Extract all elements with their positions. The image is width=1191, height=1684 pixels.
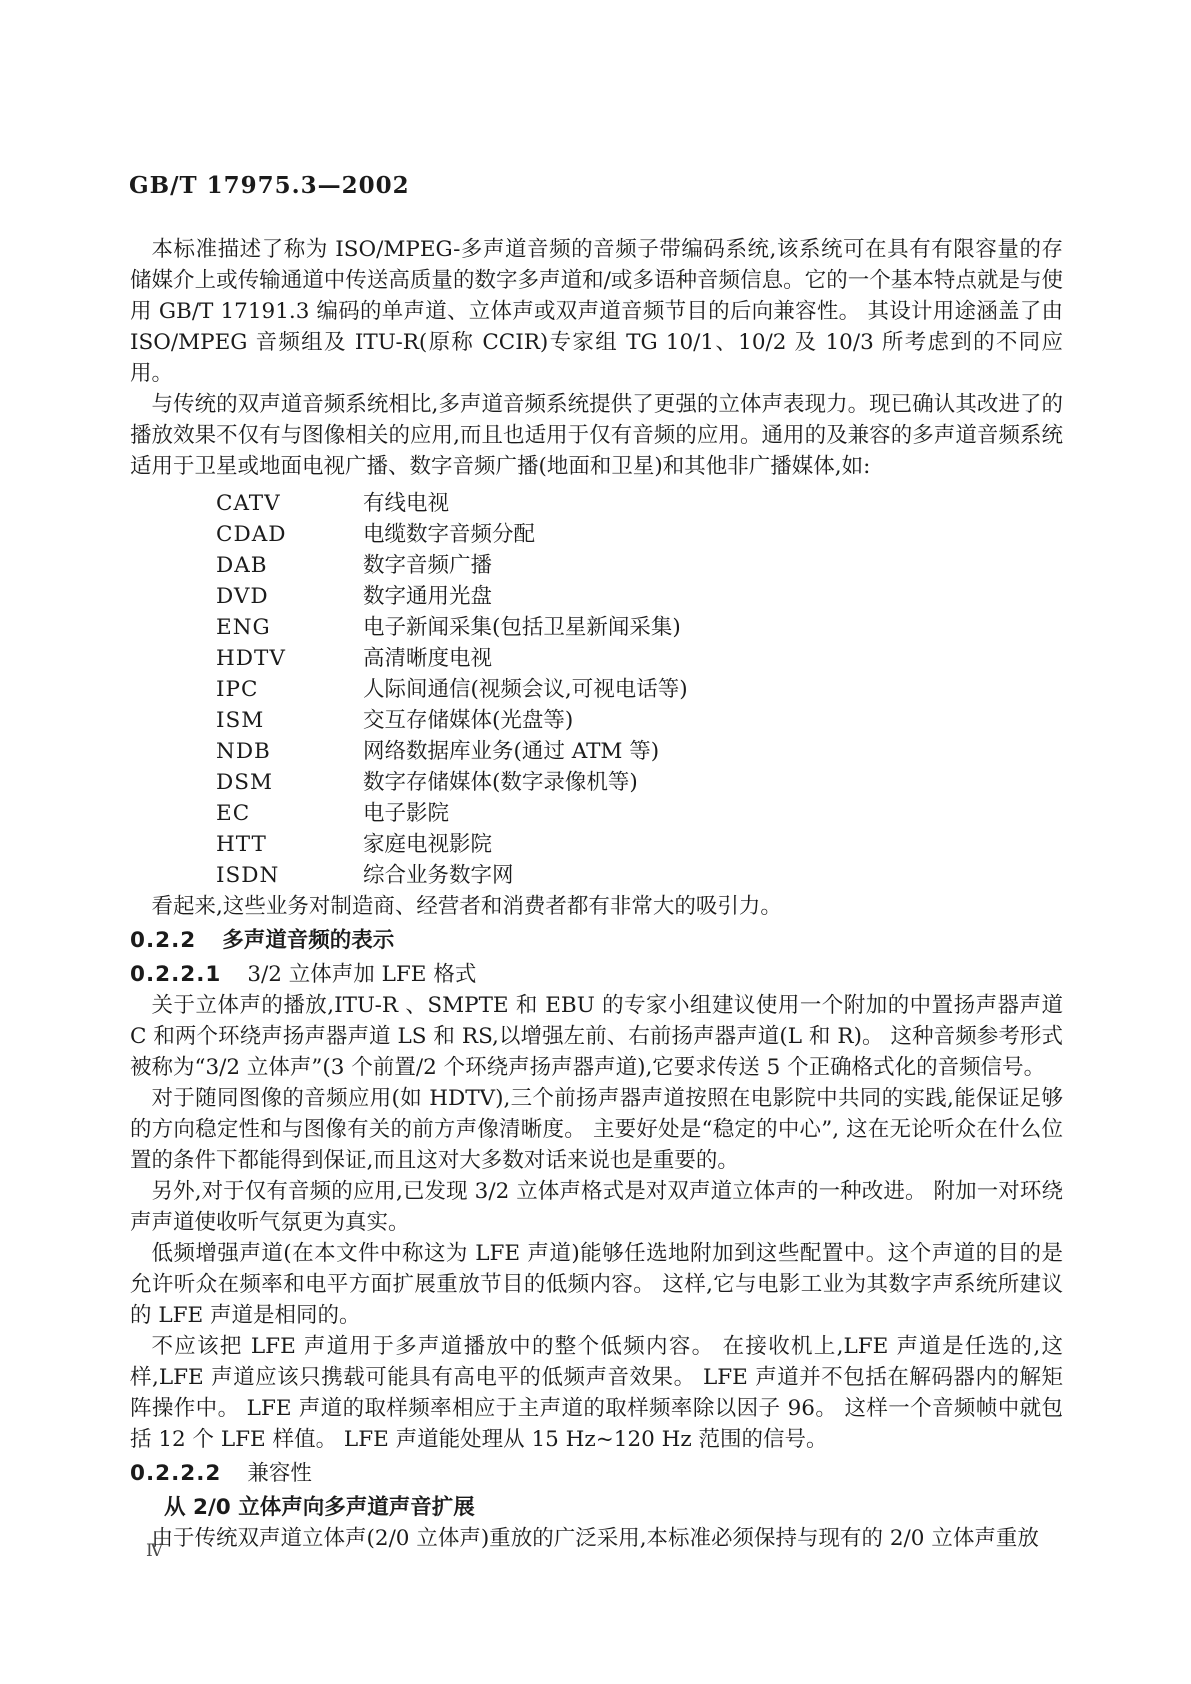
abbreviation-term: CATV xyxy=(216,488,363,519)
abbreviation-definition: 有线电视 xyxy=(363,488,1063,519)
abbreviation-row: IPC 人际间通信(视频会议,可视电话等) xyxy=(216,674,1063,705)
document-body: 本标准描述了称为 ISO/MPEG-多声道音频的音频子带编码系统,该系统可在具有… xyxy=(130,234,1063,1554)
section-heading-0-2-2: 0.2.2多声道音频的表示 xyxy=(130,925,1063,956)
paragraph-lfe-channel: 低频增强声道(在本文件中称这为 LFE 声道)能够任选地附加到这些配置中。这个声… xyxy=(130,1238,1063,1331)
abbreviation-definition: 人际间通信(视频会议,可视电话等) xyxy=(363,674,1063,705)
abbreviation-row: ISDN 综合业务数字网 xyxy=(216,860,1063,891)
abbreviation-row: CATV 有线电视 xyxy=(216,488,1063,519)
section-heading-0-2-2-1: 0.2.2.13/2 立体声加 LFE 格式 xyxy=(130,959,1063,990)
abbreviation-term: ISM xyxy=(216,705,363,736)
abbreviation-term: DVD xyxy=(216,581,363,612)
abbreviation-definition: 电子影院 xyxy=(363,798,1063,829)
abbreviation-term: IPC xyxy=(216,674,363,705)
abbreviation-row: HDTV 高清晰度电视 xyxy=(216,643,1063,674)
abbreviation-definition: 数字存储媒体(数字录像机等) xyxy=(363,767,1063,798)
abbreviation-term: HTT xyxy=(216,829,363,860)
abbreviation-definition: 网络数据库业务(通过 ATM 等) xyxy=(363,736,1063,767)
abbreviation-row: ISM 交互存储媒体(光盘等) xyxy=(216,705,1063,736)
abbreviation-definition: 数字通用光盘 xyxy=(363,581,1063,612)
abbreviation-term: ENG xyxy=(216,612,363,643)
abbreviation-term: DAB xyxy=(216,550,363,581)
abbreviation-row: DVD 数字通用光盘 xyxy=(216,581,1063,612)
abbreviation-definition: 高清晰度电视 xyxy=(363,643,1063,674)
abbreviation-term: ISDN xyxy=(216,860,363,891)
paragraph-multichannel-comparison: 与传统的双声道音频系统相比,多声道音频系统提供了更强的立体声表现力。现已确认其改… xyxy=(130,389,1063,482)
abbreviation-term: CDAD xyxy=(216,519,363,550)
subheading-stereo-expansion: 从 2/0 立体声向多声道声音扩展 xyxy=(130,1492,1063,1523)
standard-code-header: GB/T 17975.3—2002 xyxy=(129,172,410,199)
abbreviation-row: ENG 电子新闻采集(包括卫星新闻采集) xyxy=(216,612,1063,643)
clause-number: 0.2.2.2 xyxy=(130,1461,221,1486)
paragraph-audio-only-improvement: 另外,对于仅有音频的应用,已发现 3/2 立体声格式是对双声道立体声的一种改进。… xyxy=(130,1176,1063,1238)
abbreviation-row: HTT 家庭电视影院 xyxy=(216,829,1063,860)
abbreviation-definition: 电缆数字音频分配 xyxy=(363,519,1063,550)
paragraph-standard-description: 本标准描述了称为 ISO/MPEG-多声道音频的音频子带编码系统,该系统可在具有… xyxy=(130,234,1063,389)
page-number: Ⅳ xyxy=(146,1541,163,1561)
abbreviation-definition: 家庭电视影院 xyxy=(363,829,1063,860)
abbreviation-list: CATV 有线电视 CDAD 电缆数字音频分配 DAB 数字音频广播 DVD 数… xyxy=(216,488,1063,891)
section-heading-0-2-2-2: 0.2.2.2兼容性 xyxy=(130,1458,1063,1489)
clause-title: 兼容性 xyxy=(247,1461,312,1486)
abbreviation-row: EC 电子影院 xyxy=(216,798,1063,829)
clause-number: 0.2.2.1 xyxy=(130,962,221,987)
abbreviation-term: NDB xyxy=(216,736,363,767)
paragraph-lfe-usage: 不应该把 LFE 声道用于多声道播放中的整个低频内容。 在接收机上,LFE 声道… xyxy=(130,1331,1063,1455)
abbreviation-definition: 电子新闻采集(包括卫星新闻采集) xyxy=(363,612,1063,643)
abbreviation-term: EC xyxy=(216,798,363,829)
abbreviation-definition: 综合业务数字网 xyxy=(363,860,1063,891)
paragraph-backward-compatibility: 由于传统双声道立体声(2/0 立体声)重放的广泛采用,本标准必须保持与现有的 2… xyxy=(130,1523,1063,1554)
abbreviation-term: DSM xyxy=(216,767,363,798)
document-page: GB/T 17975.3—2002 本标准描述了称为 ISO/MPEG-多声道音… xyxy=(0,0,1191,1684)
abbreviation-row: DAB 数字音频广播 xyxy=(216,550,1063,581)
paragraph-services-appeal: 看起来,这些业务对制造商、经营者和消费者都有非常大的吸引力。 xyxy=(130,891,1063,922)
abbreviation-term: HDTV xyxy=(216,643,363,674)
abbreviation-definition: 交互存储媒体(光盘等) xyxy=(363,705,1063,736)
clause-title: 3/2 立体声加 LFE 格式 xyxy=(247,962,476,987)
paragraph-hdtv-application: 对于随同图像的音频应用(如 HDTV),三个前扬声器声道按照在电影院中共同的实践… xyxy=(130,1083,1063,1176)
abbreviation-row: DSM 数字存储媒体(数字录像机等) xyxy=(216,767,1063,798)
abbreviation-row: NDB 网络数据库业务(通过 ATM 等) xyxy=(216,736,1063,767)
clause-number: 0.2.2 xyxy=(130,928,196,953)
paragraph-stereo-playback: 关于立体声的播放,ITU-R 、SMPTE 和 EBU 的专家小组建议使用一个附… xyxy=(130,990,1063,1083)
abbreviation-definition: 数字音频广播 xyxy=(363,550,1063,581)
clause-title: 多声道音频的表示 xyxy=(222,928,394,953)
abbreviation-row: CDAD 电缆数字音频分配 xyxy=(216,519,1063,550)
